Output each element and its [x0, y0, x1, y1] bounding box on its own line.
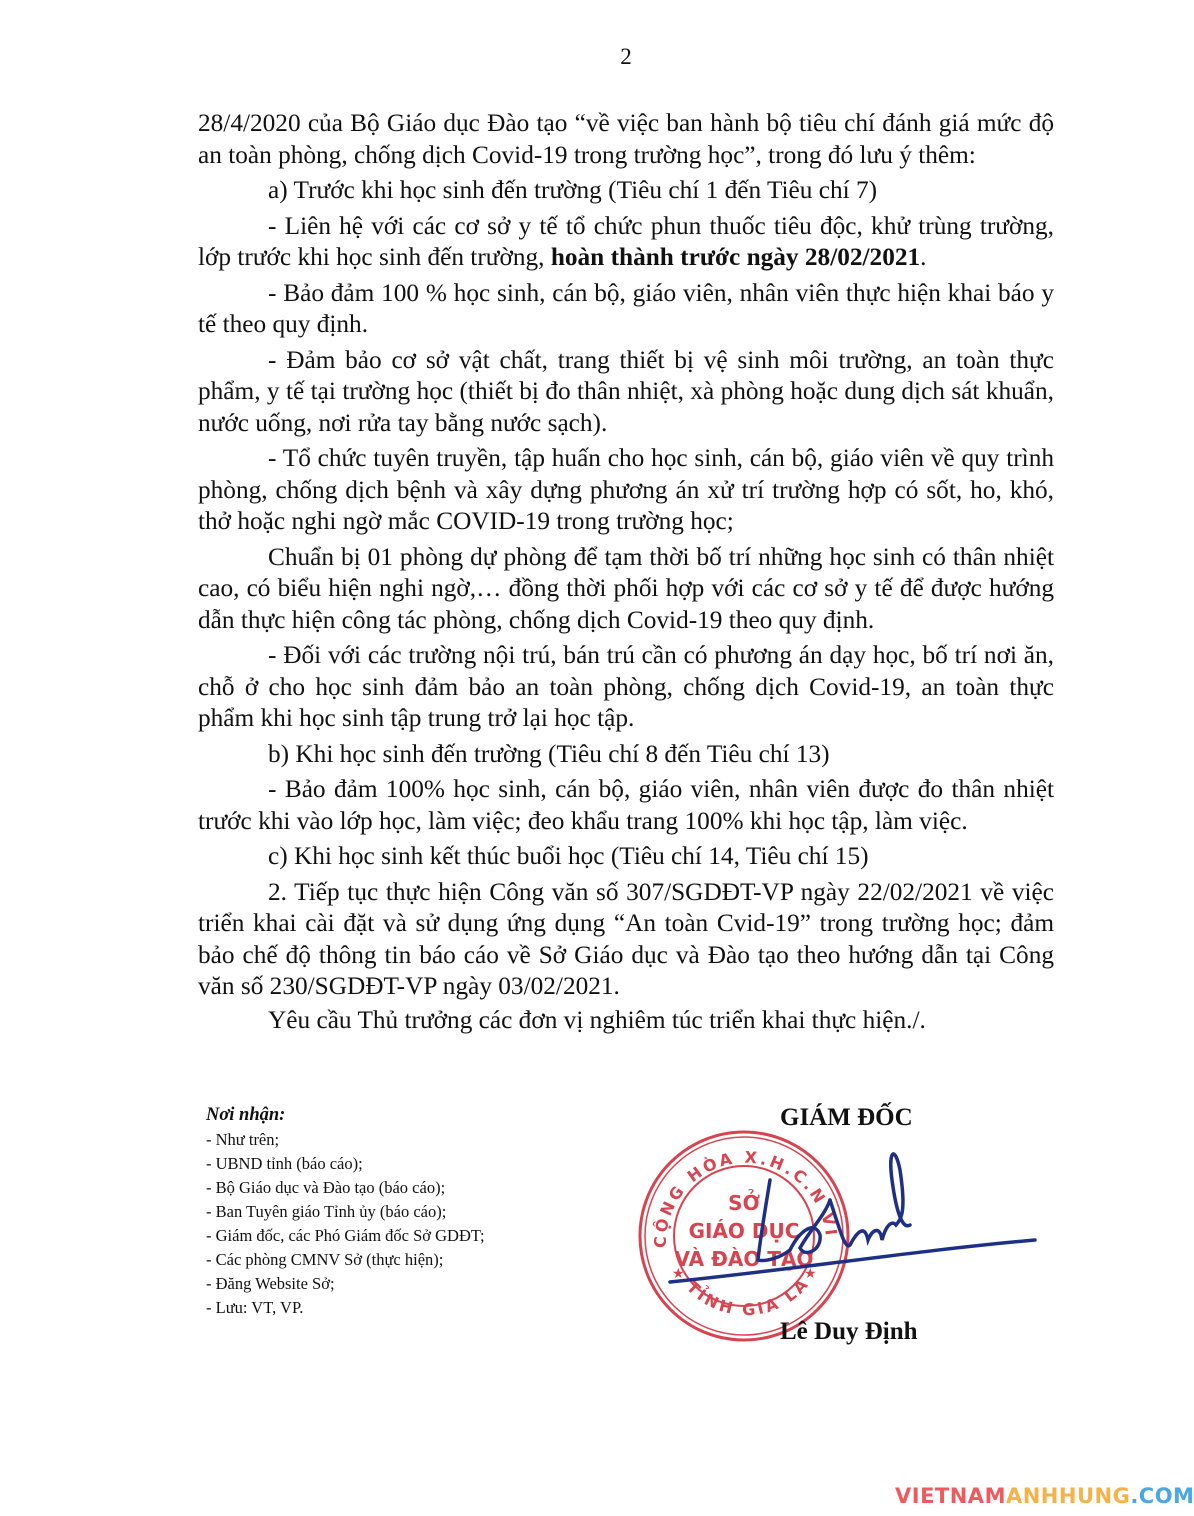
paragraph: Yêu cầu Thủ trưởng các đơn vị nghiêm túc…	[198, 1005, 1054, 1037]
recipients-block: Nơi nhận: - Như trên; - UBND tỉnh (báo c…	[206, 1104, 485, 1320]
paragraph: - Bảo đảm 100% học sinh, cán bộ, giáo vi…	[198, 774, 1054, 837]
recipient-item: - Giám đốc, các Phó Giám đốc Sở GDĐT;	[206, 1224, 485, 1248]
paragraph: 2. Tiếp tục thực hiện Công văn số 307/SG…	[198, 877, 1054, 1003]
watermark: VIETNAMANHHUNG.COM	[895, 1484, 1194, 1508]
recipient-item: - Lưu: VT, VP.	[206, 1296, 485, 1320]
handwritten-signature	[640, 1130, 1040, 1330]
paragraph: - Bảo đảm 100 % học sinh, cán bộ, giáo v…	[198, 278, 1054, 341]
paragraph: b) Khi học sinh đến trường (Tiêu chí 8 đ…	[198, 739, 1054, 771]
recipients-title: Nơi nhận:	[206, 1104, 485, 1126]
document-body: 28/4/2020 của Bộ Giáo dục Đào tạo “về vi…	[198, 108, 1054, 1040]
paragraph: - Liên hệ với các cơ sở y tế tổ chức phu…	[198, 211, 1054, 274]
recipient-item: - UBND tỉnh (báo cáo);	[206, 1152, 485, 1176]
paragraph: - Đảm bảo cơ sở vật chất, trang thiết bị…	[198, 345, 1054, 440]
page-number: 2	[0, 44, 1194, 70]
recipient-item: - Các phòng CMNV Sở (thực hiện);	[206, 1248, 485, 1272]
recipient-item: - Như trên;	[206, 1128, 485, 1152]
signer-name: Lê Duy Định	[780, 1318, 918, 1346]
recipient-item: - Đăng Website Sở;	[206, 1272, 485, 1296]
paragraph: a) Trước khi học sinh đến trường (Tiêu c…	[198, 175, 1054, 207]
recipient-item: - Ban Tuyên giáo Tỉnh ủy (báo cáo);	[206, 1200, 485, 1224]
paragraph: Chuẩn bị 01 phòng dự phòng để tạm thời b…	[198, 542, 1054, 637]
paragraph: c) Khi học sinh kết thúc buổi học (Tiêu …	[198, 841, 1054, 873]
paragraph: - Đối với các trường nội trú, bán trú cầ…	[198, 640, 1054, 735]
bold-deadline: hoàn thành trước ngày 28/02/2021	[551, 243, 920, 271]
paragraph: - Tổ chức tuyên truyền, tập huấn cho học…	[198, 443, 1054, 538]
paragraph: 28/4/2020 của Bộ Giáo dục Đào tạo “về vi…	[198, 108, 1054, 171]
recipient-item: - Bộ Giáo dục và Đào tạo (báo cáo);	[206, 1176, 485, 1200]
